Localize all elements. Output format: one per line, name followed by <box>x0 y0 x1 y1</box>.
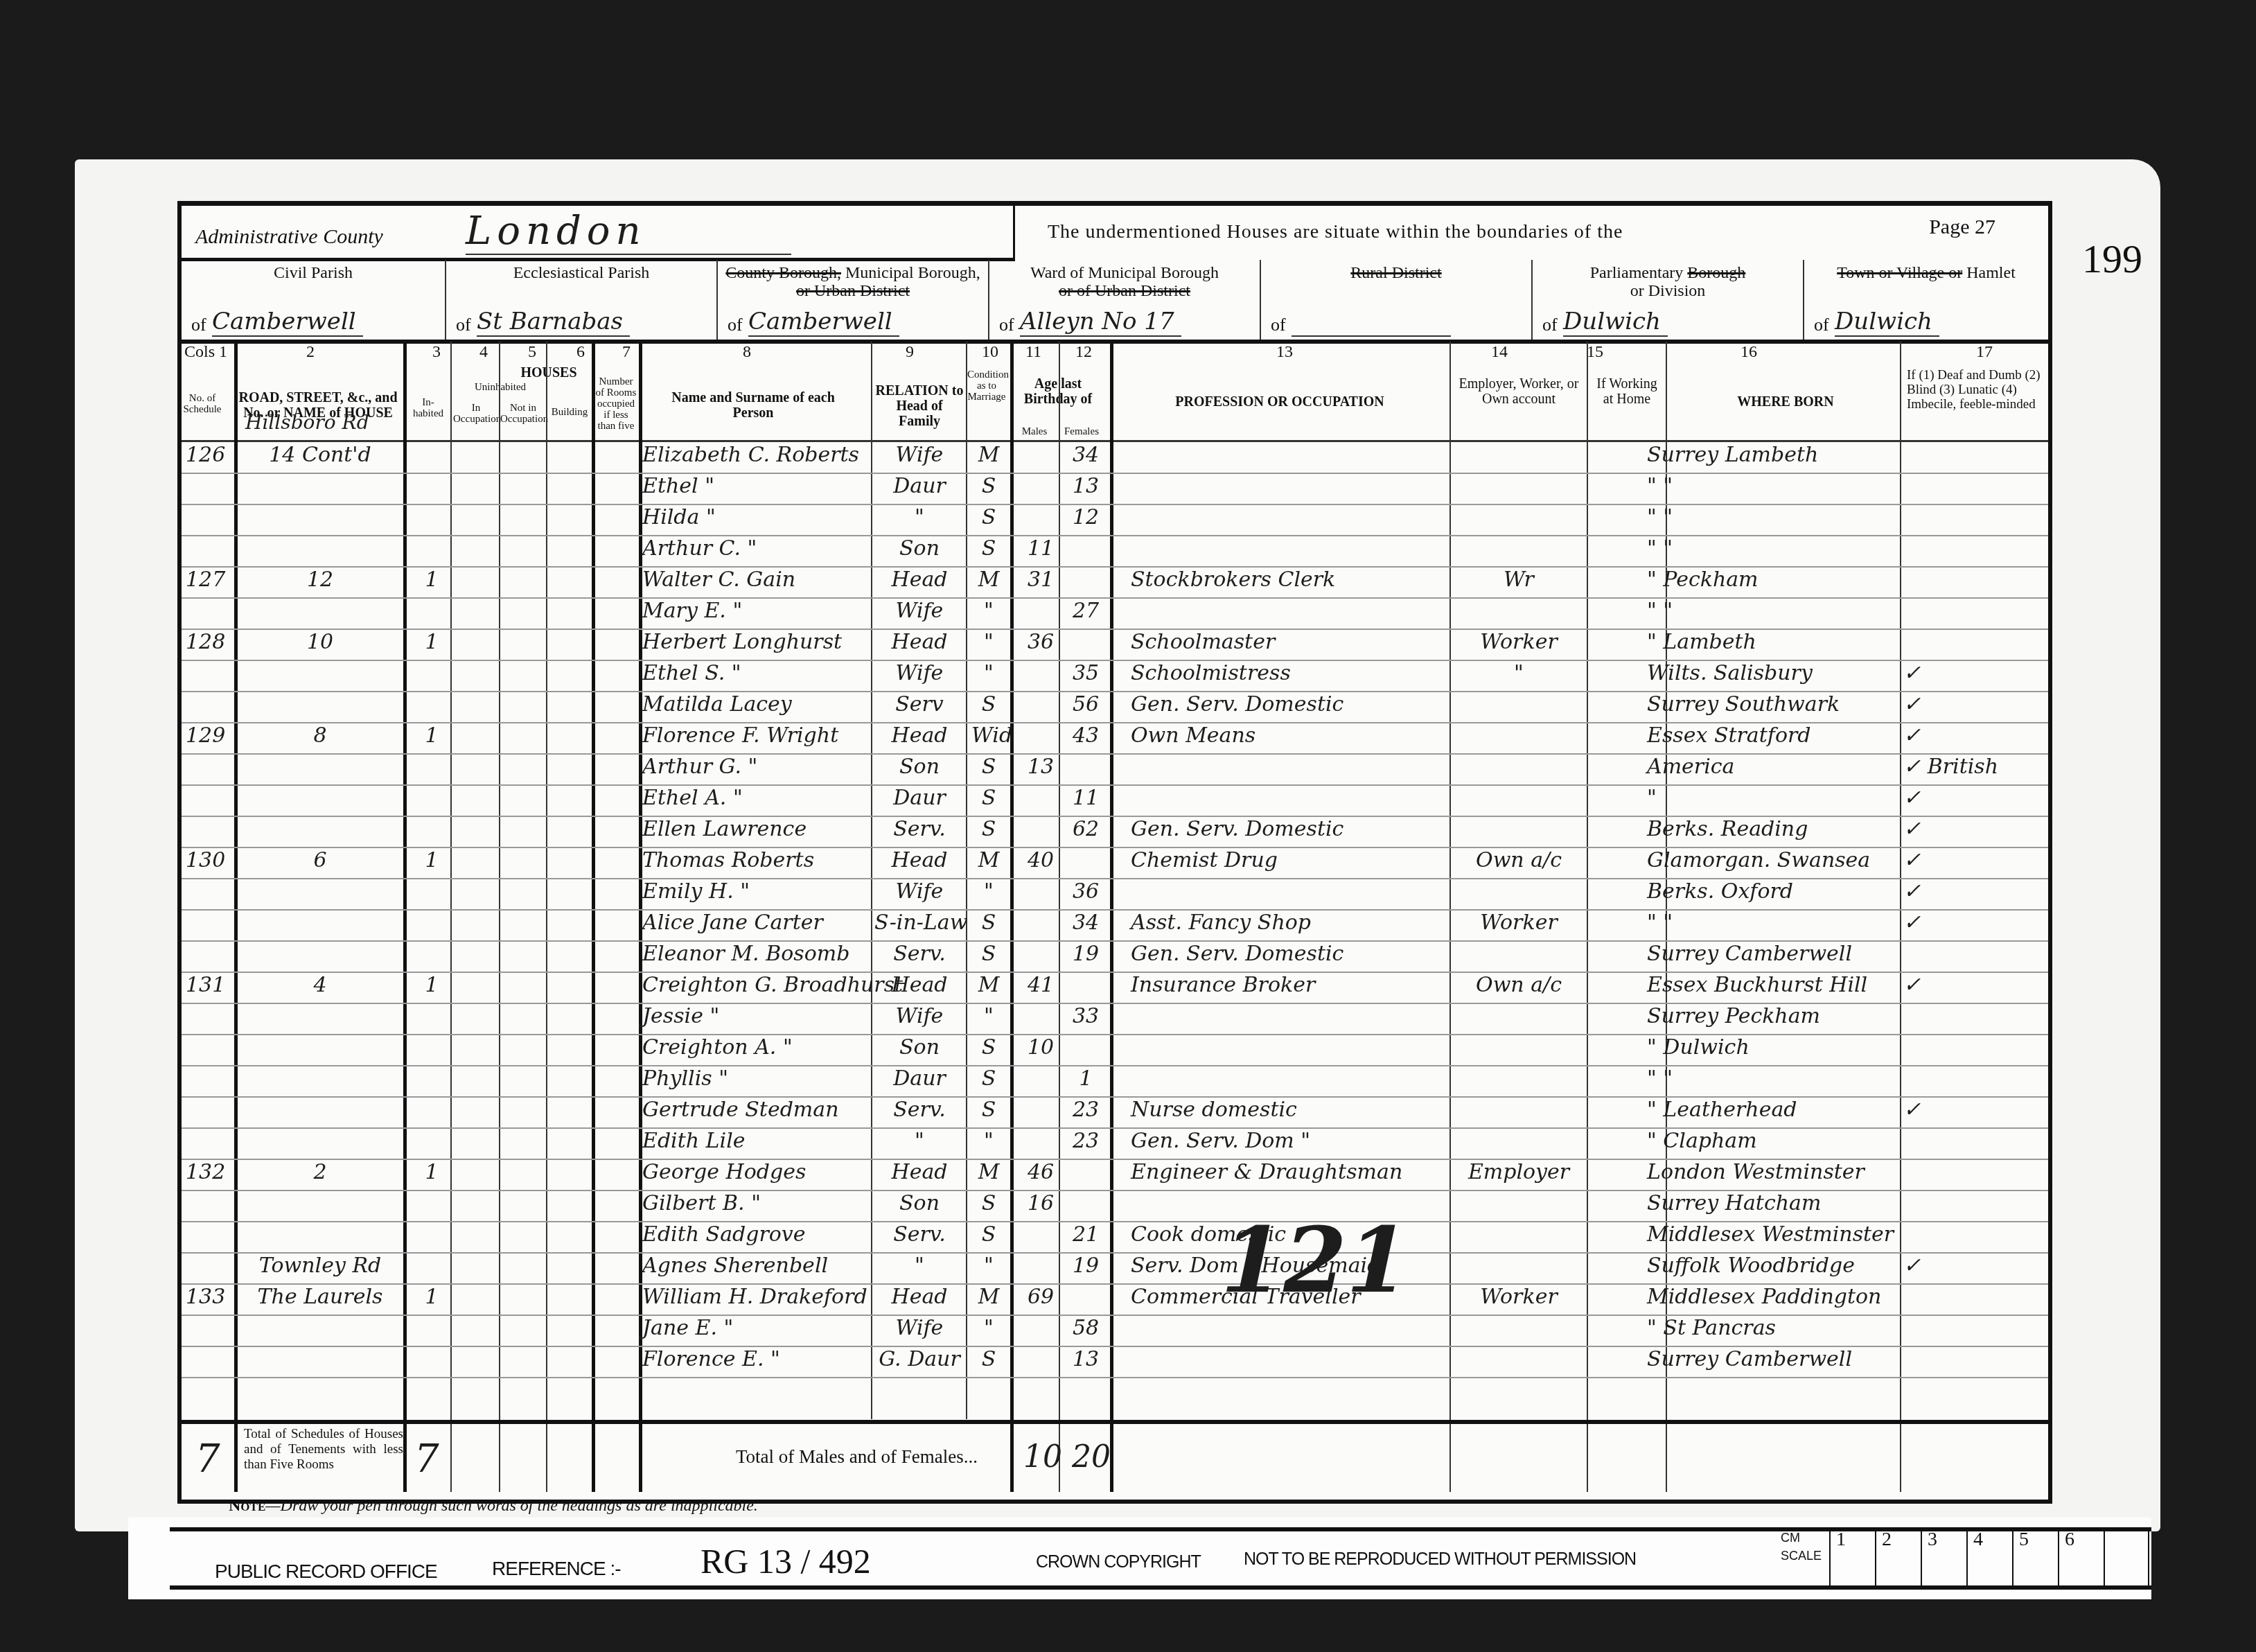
birthplace: " St Pancras <box>1647 1316 1776 1340</box>
occupation: Schoolmistress <box>1131 661 1291 685</box>
birthplace: " Lambeth <box>1647 630 1756 654</box>
total-schedules-label: Total of Schedules of Houses and of Tene… <box>244 1427 403 1473</box>
occupation: Schoolmaster <box>1131 630 1275 654</box>
administrative-county: Administrative County London <box>182 206 1015 261</box>
marital-condition: " <box>971 1254 1006 1278</box>
male-age: 31 <box>1020 568 1061 592</box>
schedule-number: 132 <box>186 1160 234 1184</box>
relation-to-head: Wife <box>874 443 964 467</box>
birthplace: Surrey Hatcham <box>1647 1191 1821 1215</box>
male-age: 40 <box>1020 848 1061 872</box>
person-name: Matilda Lacey <box>642 692 792 717</box>
schedule-number: 126 <box>186 443 234 467</box>
person-name: Herbert Longhurst <box>642 630 842 654</box>
female-age: 11 <box>1065 786 1107 810</box>
marital-condition: S <box>971 786 1006 810</box>
relation-to-head: Wife <box>874 599 964 623</box>
person-name: Florence E. " <box>642 1347 780 1371</box>
marital-condition: M <box>971 1285 1006 1309</box>
infirmity-mark: ✓ <box>1903 723 1921 748</box>
house-address: 10 <box>244 630 396 654</box>
table-row: Arthur G. "SonS13America✓ British <box>182 753 2048 786</box>
marital-condition: " <box>971 1129 1006 1153</box>
relation-to-head: G. Daur <box>874 1347 964 1371</box>
total-females: 20 <box>1072 1439 1111 1475</box>
person-name: Elizabeth C. Roberts <box>642 443 859 467</box>
person-name: Arthur G. " <box>642 755 757 779</box>
female-age: 23 <box>1065 1129 1107 1153</box>
birthplace: London Westminster <box>1647 1160 1865 1184</box>
birthplace: " Peckham <box>1647 568 1759 592</box>
admin-county-label: Administrative County <box>195 225 383 249</box>
female-age: 21 <box>1065 1222 1107 1247</box>
marital-condition: S <box>971 1347 1006 1371</box>
inhabited-count: 1 <box>414 1285 449 1309</box>
area-value: Alleyn No 17 <box>1020 308 1181 337</box>
table-row: 127121Walter C. GainHeadM31Stockbrokers … <box>182 566 2048 599</box>
column-numbers: Cols 1 2 3 4 5 6 7 8 9 10 11 12 13 14 15… <box>182 342 2048 362</box>
female-age: 43 <box>1065 723 1107 748</box>
marital-condition: " <box>971 1316 1006 1340</box>
relation-to-head: Wife <box>874 1004 964 1028</box>
relation-to-head: Serv. <box>874 1098 964 1122</box>
person-name: Mary E. " <box>642 599 742 623</box>
inhabited-count: 1 <box>414 568 449 592</box>
house-address: 8 <box>244 723 396 748</box>
column-headers: No. of Schedule ROAD, STREET, &c., and N… <box>182 362 2048 442</box>
admin-county-value: London <box>466 209 791 255</box>
restriction-label: NOT TO BE REPRODUCED WITHOUT PERMISSION <box>1244 1549 1636 1570</box>
total-schedules: 7 <box>195 1436 220 1482</box>
birthplace: Essex Buckhurst Hill <box>1647 973 1867 997</box>
marital-condition: Wid <box>971 723 1006 748</box>
relation-to-head: Daur <box>874 786 964 810</box>
marital-condition: S <box>971 1191 1006 1215</box>
house-address: 14 Cont'd <box>244 443 396 467</box>
marital-condition: S <box>971 755 1006 779</box>
occupation: Stockbrokers Clerk <box>1131 568 1335 592</box>
infirmity-mark: ✓ <box>1903 661 1921 685</box>
employment-status: Own a/c <box>1456 848 1581 872</box>
occupation: Own Means <box>1131 723 1255 748</box>
marital-condition: S <box>971 505 1006 529</box>
inhabited-count: 1 <box>414 848 449 872</box>
page-number: Page 27 <box>1929 216 1995 239</box>
area-municipal-borough: County Borough, Municipal Borough,or Urb… <box>718 260 989 340</box>
marital-condition: M <box>971 973 1006 997</box>
situate-text: The undermentioned Houses are situate wi… <box>1048 221 1623 243</box>
house-address: 12 <box>244 568 396 592</box>
person-name: Arthur C. " <box>642 536 757 561</box>
person-name: Ethel S. " <box>642 661 741 685</box>
male-age: 46 <box>1020 1160 1061 1184</box>
birthplace: " Dulwich <box>1647 1035 1750 1060</box>
table-row: 13221George HodgesHeadM46Engineer & Drau… <box>182 1159 2048 1191</box>
female-age: 1 <box>1065 1066 1107 1091</box>
birthplace: Essex Stratford <box>1647 723 1811 748</box>
marital-condition: S <box>971 1222 1006 1247</box>
female-age: 27 <box>1065 599 1107 623</box>
person-name: Eleanor M. Bosomb <box>642 942 849 966</box>
birthplace: Surrey Camberwell <box>1647 1347 1852 1371</box>
female-age: 35 <box>1065 661 1107 685</box>
table-row: Ethel A. "DaurS11"✓ <box>182 784 2048 817</box>
occupation: Gen. Serv. Dom " <box>1131 1129 1310 1153</box>
relation-to-head: Son <box>874 755 964 779</box>
person-name: Thomas Roberts <box>642 848 814 872</box>
person-name: Agnes Sherenbell <box>642 1254 828 1278</box>
male-age: 10 <box>1020 1035 1061 1060</box>
total-males-females-label: Total of Males and of Females... <box>736 1446 978 1468</box>
relation-to-head: Wife <box>874 661 964 685</box>
area-hamlet: Town or Village or Hamlet ofDulwich <box>1804 260 2048 340</box>
relation-to-head: Wife <box>874 879 964 904</box>
employment-status: " <box>1456 661 1581 685</box>
area-parliamentary-division: Parliamentary Boroughor Division ofDulwi… <box>1533 260 1804 340</box>
boundary-areas: Civil Parish ofCamberwell Ecclesiastical… <box>182 260 2048 344</box>
infirmity-mark: ✓ <box>1903 786 1921 810</box>
folio-number: 199 <box>2082 236 2142 282</box>
marital-condition: S <box>971 692 1006 717</box>
marital-condition: S <box>971 911 1006 935</box>
occupation: Chemist Drug <box>1131 848 1278 872</box>
employment-status: Worker <box>1456 911 1581 935</box>
table-row: Matilda LaceyServS56Gen. Serv. DomesticS… <box>182 691 2048 723</box>
area-civil-parish: Civil Parish ofCamberwell <box>182 260 446 340</box>
relation-to-head: Head <box>874 723 964 748</box>
inhabited-count: 1 <box>414 973 449 997</box>
occupation: Engineer & Draughtsman <box>1131 1160 1402 1184</box>
person-name: Emily H. " <box>642 879 750 904</box>
total-houses: 7 <box>414 1436 439 1482</box>
birthplace: " Clapham <box>1647 1129 1757 1153</box>
female-age: 23 <box>1065 1098 1107 1122</box>
birthplace: Berks. Reading <box>1647 817 1808 841</box>
relation-to-head: Son <box>874 536 964 561</box>
person-name: Gilbert B. " <box>642 1191 761 1215</box>
relation-to-head: Head <box>874 848 964 872</box>
female-age: 36 <box>1065 879 1107 904</box>
relation-to-head: S-in-Law <box>874 911 964 935</box>
cm-scale: CMSCALE 1 2 3 4 5 6 <box>1781 1529 2149 1588</box>
marital-condition: " <box>971 661 1006 685</box>
relation-to-head: Head <box>874 1285 964 1309</box>
employment-status: Wr <box>1456 568 1581 592</box>
female-age: 19 <box>1065 942 1107 966</box>
marital-condition: " <box>971 599 1006 623</box>
marital-condition: S <box>971 817 1006 841</box>
person-name: Florence F. Wright <box>642 723 838 748</box>
marital-condition: M <box>971 443 1006 467</box>
table-row: Phyllis "DaurS1" " <box>182 1065 2048 1098</box>
marital-condition: S <box>971 942 1006 966</box>
area-value: St Barnabas <box>477 308 630 337</box>
area-value: Dulwich <box>1563 308 1668 337</box>
birthplace: Glamorgan. Swansea <box>1647 848 1870 872</box>
marital-condition: M <box>971 568 1006 592</box>
table-row: 12981Florence F. WrightHeadWid43Own Mean… <box>182 722 2048 755</box>
birthplace: Surrey Camberwell <box>1647 942 1852 966</box>
reference-bar: PUBLIC RECORD OFFICE REFERENCE :- RG 13 … <box>128 1518 2151 1599</box>
male-age: 41 <box>1020 973 1061 997</box>
birthplace: Middlesex Paddington <box>1647 1285 1881 1309</box>
person-name: Walter C. Gain <box>642 568 795 592</box>
relation-to-head: " <box>874 505 964 529</box>
table-row: 13141Creighton G. BroadhurstHeadM41Insur… <box>182 972 2048 1004</box>
area-value: Camberwell <box>748 308 899 337</box>
infirmity-mark: ✓ British <box>1903 755 1998 779</box>
relation-to-head: Wife <box>874 1316 964 1340</box>
relation-to-head: Head <box>874 630 964 654</box>
person-name: Phyllis " <box>642 1066 728 1091</box>
occupation: Gen. Serv. Domestic <box>1131 692 1343 717</box>
table-row: Creighton A. "SonS10" Dulwich <box>182 1034 2048 1066</box>
relation-to-head: " <box>874 1254 964 1278</box>
house-address: 2 <box>244 1160 396 1184</box>
table-row: Gilbert B. "SonS16Surrey Hatcham <box>182 1190 2048 1222</box>
area-rural-district: Rural District of <box>1261 260 1533 340</box>
table-row: Florence E. "G. DaurS13Surrey Camberwell <box>182 1346 2048 1378</box>
birthplace: " " <box>1647 536 1673 561</box>
person-name: Ethel A. " <box>642 786 743 810</box>
birthplace: " " <box>1647 911 1673 935</box>
birthplace: Surrey Peckham <box>1647 1004 1820 1028</box>
marital-condition: S <box>971 1066 1006 1091</box>
street-header: Hillsboro Rd <box>245 411 369 434</box>
birthplace: " <box>1647 786 1657 810</box>
copyright-label: CROWN COPYRIGHT <box>1036 1552 1201 1572</box>
person-name: Edith Lile <box>642 1129 745 1153</box>
female-age: 13 <box>1065 474 1107 498</box>
marital-condition: " <box>971 879 1006 904</box>
schedule-number: 130 <box>186 848 234 872</box>
person-name: William H. Drakeford <box>642 1285 867 1309</box>
table-row: 12614 Cont'dElizabeth C. RobertsWifeM34S… <box>182 441 2048 474</box>
birthplace: Berks. Oxford <box>1647 879 1793 904</box>
relation-to-head: Son <box>874 1191 964 1215</box>
schedule-number: 131 <box>186 973 234 997</box>
birthplace: " " <box>1647 1066 1673 1091</box>
female-age: 12 <box>1065 505 1107 529</box>
person-name: Gertrude Stedman <box>642 1098 839 1122</box>
relation-to-head: Head <box>874 568 964 592</box>
female-age: 34 <box>1065 911 1107 935</box>
marital-condition: S <box>971 474 1006 498</box>
table-row: Jessie "Wife"33Surrey Peckham <box>182 1003 2048 1035</box>
person-name: Edith Sadgrove <box>642 1222 806 1247</box>
schedule-number: 133 <box>186 1285 234 1309</box>
area-value: Camberwell <box>212 308 363 337</box>
table-row: 128101Herbert LonghurstHead"36Schoolmast… <box>182 629 2048 661</box>
occupation: Insurance Broker <box>1131 973 1315 997</box>
totals-row: 7 Total of Schedules of Houses and of Te… <box>182 1420 2048 1500</box>
marital-condition: M <box>971 1160 1006 1184</box>
enumerator-tally-mark: 121 <box>1210 1207 1420 1313</box>
birthplace: Suffolk Woodbridge <box>1647 1254 1855 1278</box>
table-row: Eleanor M. BosombServ.S19Gen. Serv. Dome… <box>182 940 2048 973</box>
person-name: Creighton G. Broadhurst <box>642 973 903 997</box>
relation-to-head: Serv. <box>874 942 964 966</box>
house-address: 6 <box>244 848 396 872</box>
area-value <box>1292 315 1451 337</box>
table-row: Edith SadgroveServ.S21Cook domesticMiddl… <box>182 1221 2048 1254</box>
schedule-number: 129 <box>186 723 234 748</box>
person-name: Ethel " <box>642 474 714 498</box>
employment-status: Worker <box>1456 630 1581 654</box>
area-ecclesiastical-parish: Ecclesiastical Parish ofSt Barnabas <box>446 260 718 340</box>
infirmity-mark: ✓ <box>1903 1254 1921 1278</box>
birthplace: " " <box>1647 505 1673 529</box>
schedule-number: 128 <box>186 630 234 654</box>
occupation: Gen. Serv. Domestic <box>1131 942 1343 966</box>
area-value: Dulwich <box>1835 308 1939 337</box>
infirmity-mark: ✓ <box>1903 848 1921 872</box>
male-age: 11 <box>1020 536 1061 561</box>
person-name: Ellen Lawrence <box>642 817 807 841</box>
birthplace: Wilts. Salisbury <box>1647 661 1813 685</box>
person-name: Jane E. " <box>642 1316 733 1340</box>
relation-to-head: Serv. <box>874 1222 964 1247</box>
birthplace: Middlesex Westminster <box>1647 1222 1894 1247</box>
table-row: Arthur C. "SonS11" " <box>182 535 2048 568</box>
table-row: 133The Laurels1William H. DrakefordHeadM… <box>182 1283 2048 1316</box>
female-age: 34 <box>1065 443 1107 467</box>
female-age: 62 <box>1065 817 1107 841</box>
marital-condition: S <box>971 1035 1006 1060</box>
person-name: Hilda " <box>642 505 716 529</box>
occupation: Gen. Serv. Domestic <box>1131 817 1343 841</box>
marital-condition: " <box>971 630 1006 654</box>
birthplace: Surrey Lambeth <box>1647 443 1818 467</box>
occupation: Nurse domestic <box>1131 1098 1297 1122</box>
census-form: Administrative County London The underme… <box>177 201 2052 1504</box>
relation-to-head: Daur <box>874 474 964 498</box>
inhabited-count: 1 <box>414 723 449 748</box>
house-address: Townley Rd <box>244 1254 396 1278</box>
birthplace: " " <box>1647 599 1673 623</box>
female-age: 56 <box>1065 692 1107 717</box>
table-row: Alice Jane CarterS-in-LawS34Asst. Fancy … <box>182 909 2048 942</box>
female-age: 58 <box>1065 1316 1107 1340</box>
female-age: 19 <box>1065 1254 1107 1278</box>
table-row: 13061Thomas RobertsHeadM40Chemist DrugOw… <box>182 847 2048 879</box>
person-name: Jessie " <box>642 1004 719 1028</box>
person-name: Alice Jane Carter <box>642 911 823 935</box>
schedule-number: 127 <box>186 568 234 592</box>
birthplace: " Leatherhead <box>1647 1098 1797 1122</box>
table-row: Emily H. "Wife"36Berks. Oxford✓ <box>182 878 2048 911</box>
relation-to-head: Serv <box>874 692 964 717</box>
house-address: The Laurels <box>244 1285 396 1309</box>
table-row: Ellen LawrenceServ.S62Gen. Serv. Domesti… <box>182 816 2048 848</box>
marital-condition: M <box>971 848 1006 872</box>
male-age: 36 <box>1020 630 1061 654</box>
inhabited-count: 1 <box>414 1160 449 1184</box>
total-males: 10 <box>1023 1439 1062 1475</box>
relation-to-head: " <box>874 1129 964 1153</box>
birthplace: " " <box>1647 474 1673 498</box>
table-row: Townley RdAgnes Sherenbell""19Serv. Dom … <box>182 1252 2048 1285</box>
male-age: 69 <box>1020 1285 1061 1309</box>
birthplace: America <box>1647 755 1735 779</box>
female-age: 33 <box>1065 1004 1107 1028</box>
person-name: Creighton A. " <box>642 1035 793 1060</box>
inhabited-count: 1 <box>414 630 449 654</box>
table-row: Ethel "DaurS13" " <box>182 473 2048 505</box>
infirmity-mark: ✓ <box>1903 973 1921 997</box>
employment-status: Own a/c <box>1456 973 1581 997</box>
occupation: Asst. Fancy Shop <box>1131 911 1311 935</box>
male-age: 13 <box>1020 755 1061 779</box>
relation-to-head: Serv. <box>874 817 964 841</box>
marital-condition: " <box>971 1004 1006 1028</box>
reference-label: REFERENCE :- <box>492 1558 621 1580</box>
table-row: Hilda ""S12" " <box>182 504 2048 536</box>
person-name: George Hodges <box>642 1160 806 1184</box>
relation-to-head: Head <box>874 1160 964 1184</box>
table-row: Mary E. "Wife"27" " <box>182 597 2048 630</box>
infirmity-mark: ✓ <box>1903 879 1921 904</box>
infirmity-mark: ✓ <box>1903 817 1921 841</box>
table-row: Ethel S. "Wife"35Schoolmistress"Wilts. S… <box>182 660 2048 692</box>
office-label: PUBLIC RECORD OFFICE <box>215 1561 437 1583</box>
female-age: 13 <box>1065 1347 1107 1371</box>
reference-code: RG 13 / 492 <box>700 1541 871 1581</box>
infirmity-mark: ✓ <box>1903 911 1921 935</box>
house-address: 4 <box>244 973 396 997</box>
relation-to-head: Head <box>874 973 964 997</box>
relation-to-head: Daur <box>874 1066 964 1091</box>
infirmity-mark: ✓ <box>1903 1098 1921 1122</box>
employment-status: Employer <box>1456 1160 1581 1184</box>
table-row: Gertrude StedmanServ.S23Nurse domestic" … <box>182 1096 2048 1129</box>
male-age: 16 <box>1020 1191 1061 1215</box>
area-ward: Ward of Municipal Boroughor of Urban Dis… <box>989 260 1261 340</box>
marital-condition: S <box>971 1098 1006 1122</box>
table-row: Jane E. "Wife"58" St Pancras <box>182 1315 2048 1347</box>
form-note: Note—Draw your pen through such words of… <box>229 1497 758 1515</box>
infirmity-mark: ✓ <box>1903 692 1921 717</box>
birthplace: Surrey Southwark <box>1647 692 1840 717</box>
table-row: Edith Lile""23Gen. Serv. Dom "" Clapham <box>182 1127 2048 1160</box>
marital-condition: S <box>971 536 1006 561</box>
employment-status: Worker <box>1456 1285 1581 1309</box>
relation-to-head: Son <box>874 1035 964 1060</box>
